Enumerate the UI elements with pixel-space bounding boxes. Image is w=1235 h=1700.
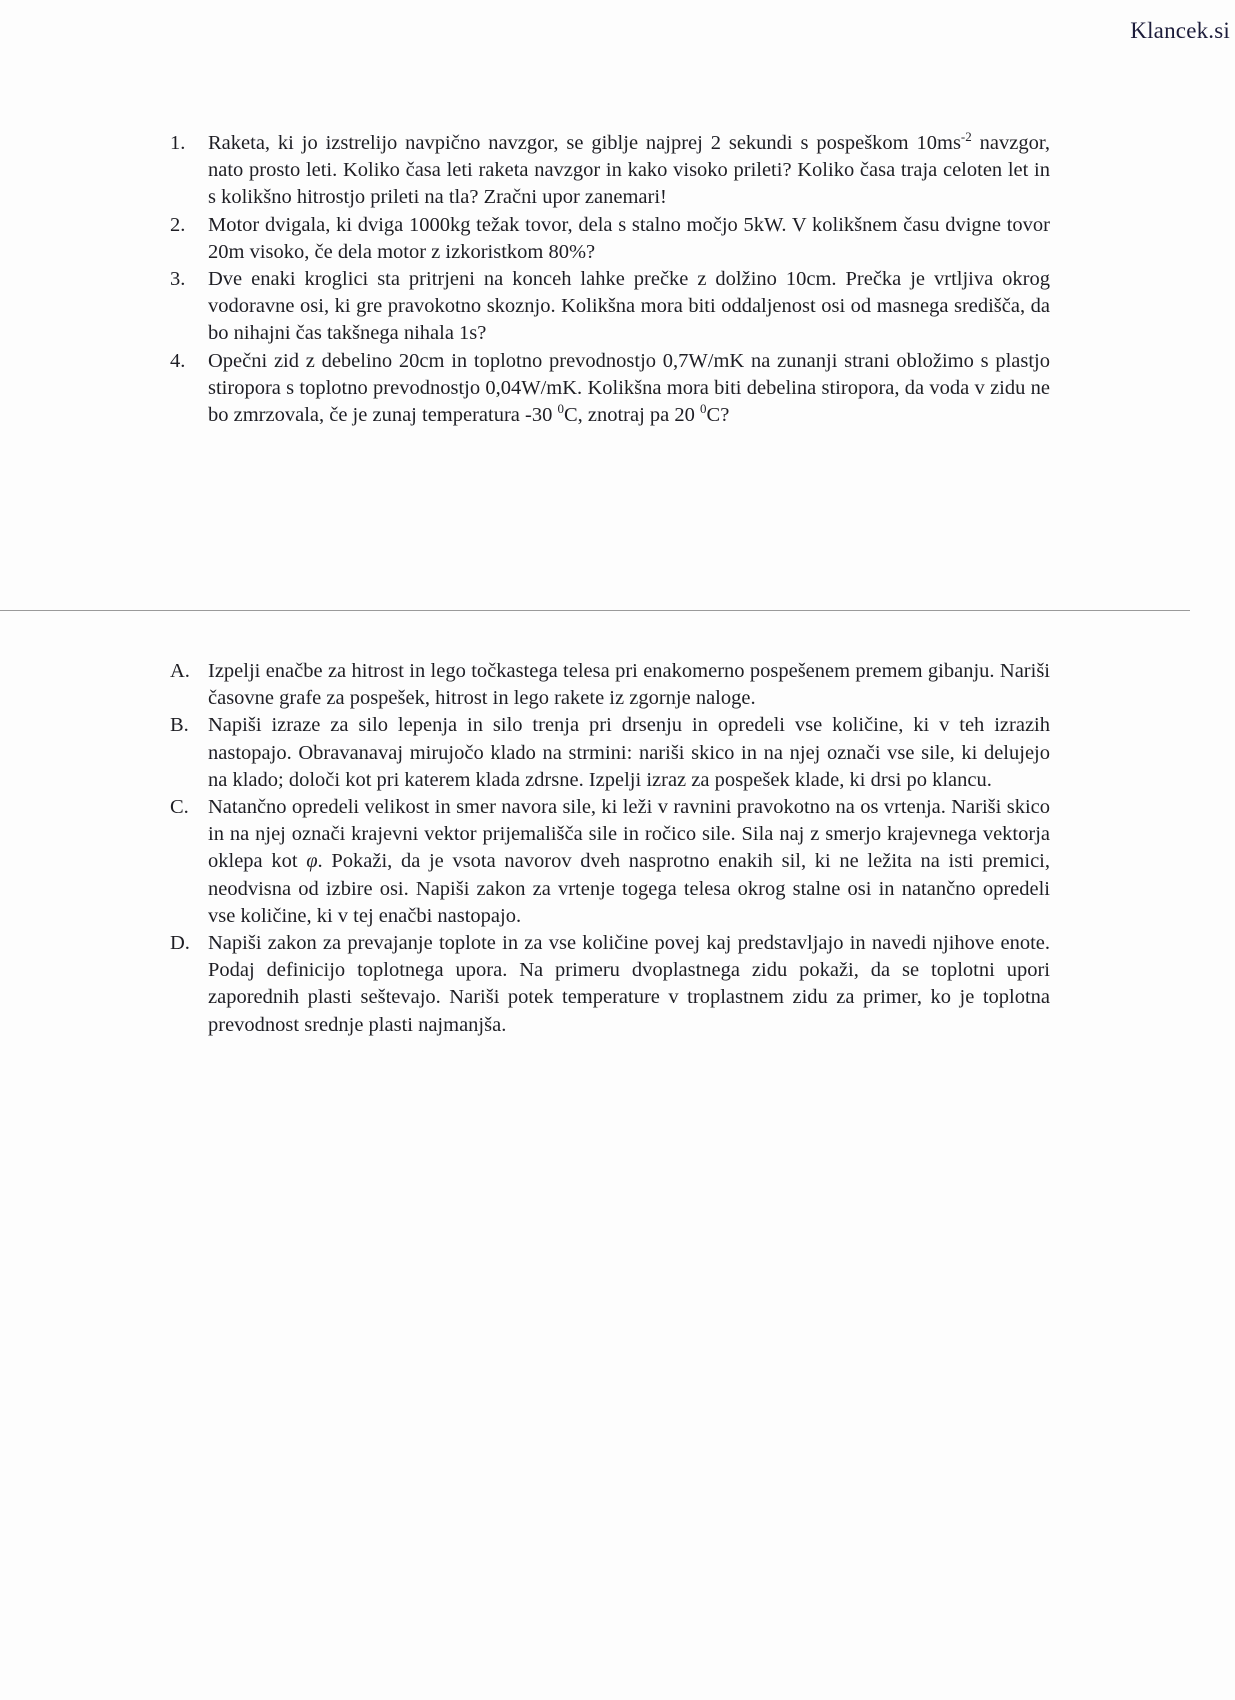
item-text: Napiši zakon za prevajanje toplote in za…	[208, 930, 1050, 1039]
item-text: Napiši izraze za silo lepenja in silo tr…	[208, 712, 1050, 794]
theory-item-c: C. Natančno opredeli velikost in smer na…	[170, 794, 1050, 930]
section-divider	[0, 610, 1190, 611]
item-text: Dve enaki kroglici sta pritrjeni na konc…	[208, 266, 1050, 348]
text-fragment: . Pokaži, da je vsota navorov dveh naspr…	[208, 850, 1050, 926]
theory-list: A. Izpelji enačbe za hitrost in lego toč…	[170, 658, 1050, 1039]
item-text: Opečni zid z debelino 20cm in toplotno p…	[208, 348, 1050, 430]
item-number: 4.	[170, 348, 208, 375]
phi-symbol: φ	[306, 850, 317, 872]
text-fragment: C?	[707, 404, 730, 426]
text-fragment: C, znotraj pa 20	[564, 404, 700, 426]
item-text: Izpelji enačbe za hitrost in lego točkas…	[208, 658, 1050, 712]
site-brand: Klancek.si	[1130, 18, 1230, 44]
item-text: Motor dvigala, ki dviga 1000kg težak tov…	[208, 212, 1050, 266]
item-text: Raketa, ki jo izstrelijo navpično navzgo…	[208, 130, 1050, 212]
item-letter: C.	[170, 794, 208, 821]
item-letter: B.	[170, 712, 208, 739]
item-number: 3.	[170, 266, 208, 293]
problem-list: 1. Raketa, ki jo izstrelijo navpično nav…	[170, 130, 1050, 429]
text-fragment: Raketa, ki jo izstrelijo navpično navzgo…	[208, 132, 961, 154]
problem-item-2: 2. Motor dvigala, ki dviga 1000kg težak …	[170, 212, 1050, 266]
theory-item-b: B. Napiši izraze za silo lepenja in silo…	[170, 712, 1050, 794]
item-letter: D.	[170, 930, 208, 957]
superscript: -2	[961, 129, 972, 144]
theory-item-d: D. Napiši zakon za prevajanje toplote in…	[170, 930, 1050, 1039]
item-number: 1.	[170, 130, 208, 157]
problem-item-4: 4. Opečni zid z debelino 20cm in toplotn…	[170, 348, 1050, 430]
theory-item-a: A. Izpelji enačbe za hitrost in lego toč…	[170, 658, 1050, 712]
item-number: 2.	[170, 212, 208, 239]
problem-item-1: 1. Raketa, ki jo izstrelijo navpično nav…	[170, 130, 1050, 212]
item-text: Natančno opredeli velikost in smer navor…	[208, 794, 1050, 930]
item-letter: A.	[170, 658, 208, 685]
problem-item-3: 3. Dve enaki kroglici sta pritrjeni na k…	[170, 266, 1050, 348]
